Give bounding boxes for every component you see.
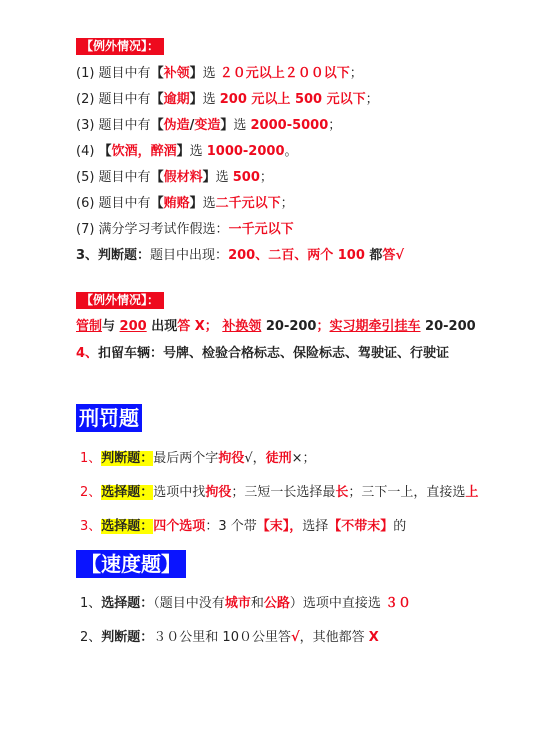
judge-rule: 3、判断题：题目中出现：200、二百、两个 100 都答√ bbox=[76, 247, 404, 265]
speed-item-2: 2、判断题：３０公里和 10０公里答√，其他都答 X bbox=[80, 629, 379, 647]
exception-label-1: 【例外情况】： bbox=[76, 38, 164, 56]
rule-item-2: (2) 题目中有【逾期】选 200 元以上 500 元以下； bbox=[76, 91, 379, 109]
rule-item-5: (5) 题目中有【假材料】选 500； bbox=[76, 169, 273, 187]
penalty-title: 刑罚题 bbox=[76, 404, 142, 436]
speed-title: 【速度题】 bbox=[76, 550, 186, 582]
exception-label-2: 【例外情况】： bbox=[76, 292, 164, 310]
rule-item-1: (1) 题目中有【补领】选 ２０元以上２００以下； bbox=[76, 65, 363, 83]
rule-item-6: (6) 题目中有【贿赂】选二千元以下； bbox=[76, 195, 294, 213]
detained-vehicle-rule: 4、扣留车辆：号牌、检验合格标志、保险标志、驾驶证、行驶证 bbox=[76, 345, 449, 363]
penalty-item-1: 1、判断题：最后两个字拘役√，徒刑×； bbox=[80, 450, 316, 468]
rule-item-3: (3) 题目中有【伪造/变造】选 2000-5000； bbox=[76, 117, 341, 135]
exception-rule-line: 管制与 200 出现答 X； 补换领 20-200；实习期牵引挂车 20-200 bbox=[76, 318, 476, 336]
penalty-item-2: 2、选择题：选项中找拘役；三短一长选择最长；三下一上，直接选上 bbox=[80, 484, 478, 502]
speed-item-1: 1、选择题：（题目中没有城市和公路）选项中直接选 ３０ bbox=[80, 595, 411, 613]
rule-item-7: (7) 满分学习考试作假选：一千元以下 bbox=[76, 221, 294, 239]
rule-item-4: (4) 【饮酒，醉酒】选 1000-2000。 bbox=[76, 143, 298, 161]
penalty-item-3: 3、选择题：四个选项：3 个带【末】，选择【不带末】的 bbox=[80, 518, 406, 536]
